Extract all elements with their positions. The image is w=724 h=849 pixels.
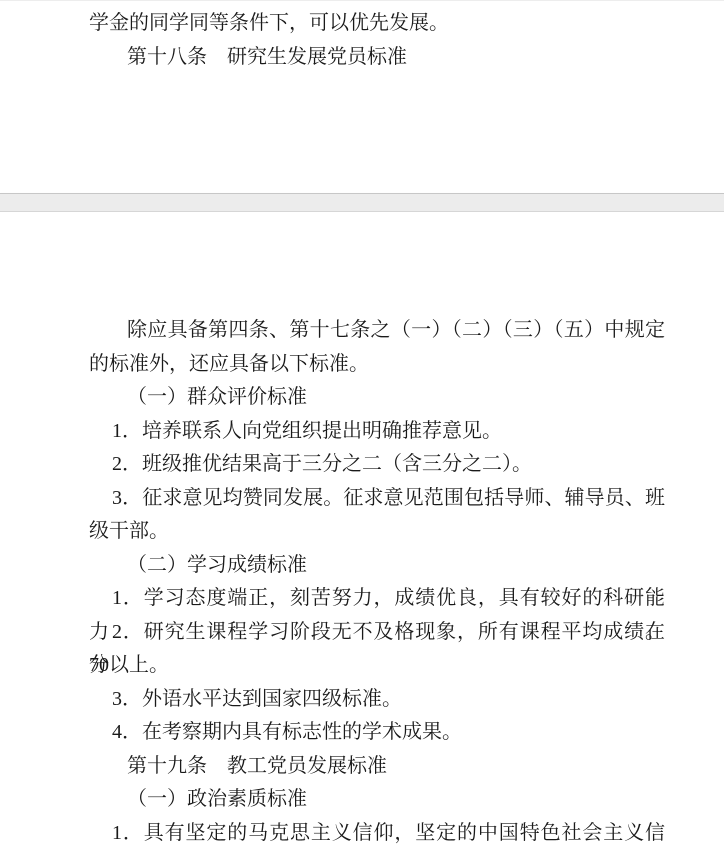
page-separator (0, 193, 724, 212)
text-line: 4．在考察期内具有标志性的学术成果。 (89, 716, 665, 750)
text-line: 的标准外，还应具备以下标准。 (89, 348, 665, 382)
text-line: 分以上。 (89, 649, 665, 683)
page-1-text: 学金的同学同等条件下，可以优先发展。 第十八条 研究生发展党员标准 (89, 7, 665, 74)
text-line: 学金的同学同等条件下，可以优先发展。 (89, 7, 665, 41)
page-1: 学金的同学同等条件下，可以优先发展。 第十八条 研究生发展党员标准 (0, 1, 724, 193)
text-line: 1．具有坚定的马克思主义信仰，坚定的中国特色社会主义信念， (89, 817, 665, 849)
article-18-heading: 第十八条 研究生发展党员标准 (89, 41, 665, 75)
page-2: 除应具备第四条、第十七条之（一）（二）（三）（五）中规定 的标准外，还应具备以下… (0, 212, 724, 849)
section-1-heading: （一）政治素质标准 (89, 783, 665, 817)
text-line: 2．班级推优结果高于三分之二（含三分之二）。 (89, 448, 665, 482)
article-19-heading: 第十九条 教工党员发展标准 (89, 750, 665, 784)
text-line: 级干部。 (89, 515, 665, 549)
text-line: 3．外语水平达到国家四级标准。 (89, 683, 665, 717)
page-2-text: 除应具备第四条、第十七条之（一）（二）（三）（五）中规定 的标准外，还应具备以下… (89, 314, 665, 849)
section-1-heading: （一）群众评价标准 (89, 381, 665, 415)
section-2-heading: （二）学习成绩标准 (89, 549, 665, 583)
text-line: 1．培养联系人向党组织提出明确推荐意见。 (89, 415, 665, 449)
text-line: 除应具备第四条、第十七条之（一）（二）（三）（五）中规定 (89, 314, 665, 348)
text-line: 3．征求意见均赞同发展。征求意见范围包括导师、辅导员、班 (89, 482, 665, 516)
text-line: 2．研究生课程学习阶段无不及格现象，所有课程平均成绩在 70 (89, 616, 665, 650)
text-line: 1．学习态度端正，刻苦努力，成绩优良，具有较好的科研能力。 (89, 582, 665, 616)
